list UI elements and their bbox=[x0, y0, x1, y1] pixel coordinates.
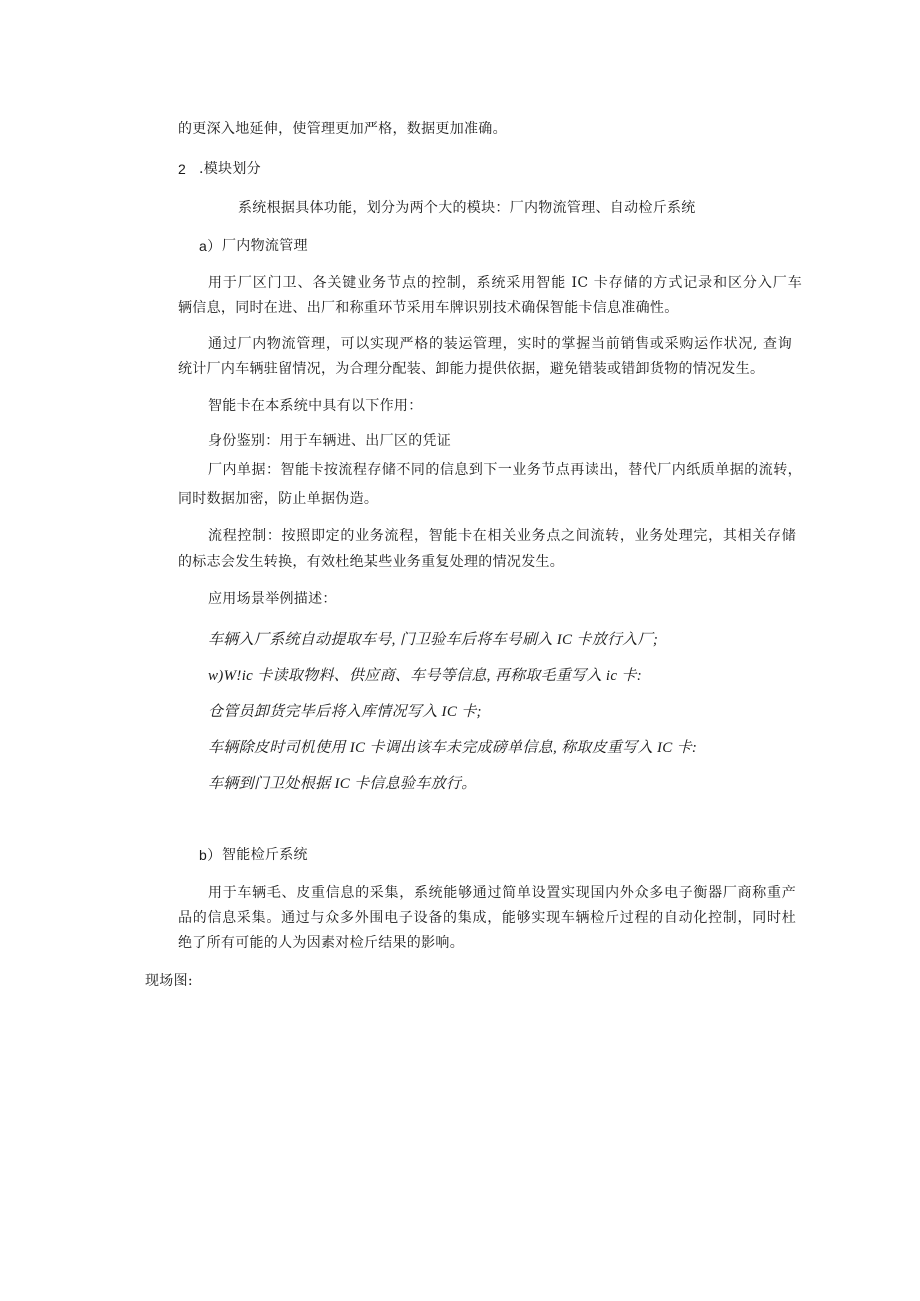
module-b-para-line1: 用于车辆毛、皮重信息的采集，系统能够通过简单设置实现国内外众多电子衡器厂商称重产 bbox=[208, 884, 796, 902]
module-a-para2-line1: 通过厂内物流管理，可以实现严格的装运管理，实时的掌握当前销售或采购运作状况, 查… bbox=[208, 335, 792, 353]
module-b-title: 智能检斤系统 bbox=[222, 846, 308, 864]
scenario-intro: 应用场景举例描述： bbox=[208, 590, 337, 608]
module-a-para1-line1: 用于厂区门卫、各关键业务节点的控制，系统采用智能 IC 卡存储的方式记录和区分入… bbox=[208, 274, 802, 292]
section-number: 2 bbox=[178, 160, 186, 178]
section-summary: 系统根据具体功能，划分为两个大的模块：厂内物流管理、自动检斤系统 bbox=[238, 199, 696, 217]
role-document-line1: 厂内单据：智能卡按流程存储不同的信息到下一业务节点再读出，替代厂内纸质单据的流转… bbox=[208, 461, 802, 479]
site-figure-label: 现场图: bbox=[145, 972, 193, 990]
scenario-item: w)W!ic 卡读取物料、供应商、车号等信息, 再称取毛重写入 ic 卡: bbox=[208, 667, 642, 685]
scenario-item: 车辆入厂系统自动提取车号, 门卫验车后将车号刷入 IC 卡放行入厂; bbox=[208, 631, 658, 649]
module-a-label: a） bbox=[199, 237, 221, 255]
intro-tail-text: 的更深入地延伸，使管理更加严格，数据更加准确。 bbox=[178, 120, 507, 138]
module-a-para1-line2: 辆信息，同时在进、出厂和称重环节采用车牌识别技术确保智能卡信息准确性。 bbox=[178, 299, 679, 317]
scenario-item: 仓管员卸货完毕后将入库情况写入 IC 卡; bbox=[208, 703, 482, 721]
module-b-para-line2: 品的信息采集。通过与众多外围电子设备的集成，能够实现车辆检斤过程的自动化控制，同… bbox=[178, 909, 796, 927]
role-document-line2: 同时数据加密，防止单据伪造。 bbox=[178, 490, 378, 508]
role-flow-line1: 流程控制：按照即定的业务流程，智能卡在相关业务点之间流转，业务处理完，其相关存储 bbox=[208, 527, 796, 545]
module-a-title: 厂内物流管理 bbox=[222, 237, 308, 255]
scenario-item: 车辆到门卫处根据 IC 卡信息验车放行。 bbox=[208, 775, 477, 793]
role-flow-line2: 的标志会发生转换，有效杜绝某些业务重复处理的情况发生。 bbox=[178, 553, 564, 571]
section-title: .模块划分 bbox=[199, 160, 261, 178]
scenario-item: 车辆除皮时司机使用 IC 卡调出该车未完成磅单信息, 称取皮重写入 IC 卡: bbox=[208, 739, 697, 757]
card-roles-intro: 智能卡在本系统中具有以下作用： bbox=[208, 397, 423, 415]
module-b-para-line3: 绝了所有可能的人为因素对检斤结果的影响。 bbox=[178, 934, 464, 952]
module-a-para2-line2: 统计厂内车辆驻留情况，为合理分配装、卸能力提供依据，避免错装或错卸货物的情况发生… bbox=[178, 360, 764, 378]
module-b-label: b） bbox=[199, 846, 221, 864]
role-identity: 身份鉴别：用于车辆进、出厂区的凭证 bbox=[208, 432, 451, 450]
